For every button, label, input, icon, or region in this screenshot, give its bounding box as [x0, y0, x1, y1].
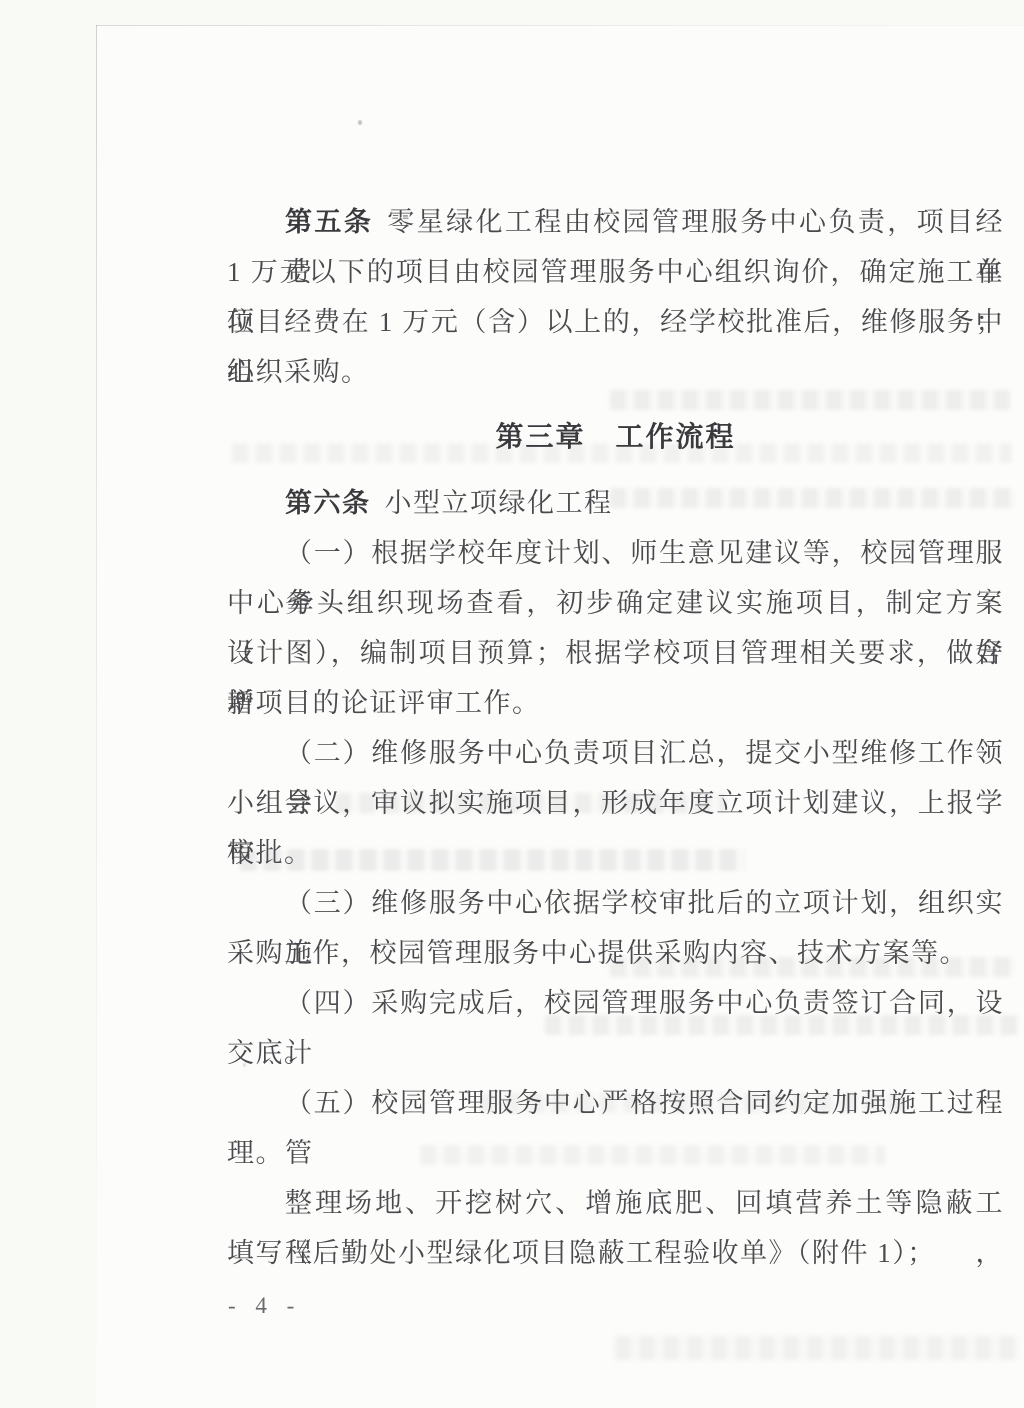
scanned-document-page: 第五条零星绿化工程由校园管理服务中心负责，项目经费在1 万元以下的项目由校园管理… [0, 0, 1024, 1408]
paper-left-edge [96, 25, 97, 1408]
bleed-through-ghost [615, 1336, 1020, 1360]
text-line: （一）根据学校年度计划、师生意见建议等，校园管理服务 [227, 528, 1004, 578]
text-line: 理。 [227, 1128, 1004, 1178]
text-line: 第六条小型立项绿化工程 [227, 478, 1004, 528]
text-line: 填写《后勤处小型绿化项目隐蔽工程验收单》（附件 1）； [227, 1228, 1004, 1278]
article-number-bold: 第六条 [285, 488, 371, 518]
text-line: 整理场地、开挖树穴、增施底肥、回填营养土等隐蔽工程， [227, 1178, 1004, 1228]
text-line: （二）维修服务中心负责项目汇总，提交小型维修工作领导 [227, 728, 1004, 778]
text-line: 小组会议，审议拟实施项目，形成年度立项计划建议，上报学校 [227, 778, 1004, 828]
text-line: （五）校园管理服务中心严格按照合同约定加强施工过程管 [227, 1078, 1004, 1128]
text-line: （三）维修服务中心依据学校审批后的立项计划，组织实施 [227, 878, 1004, 928]
text-line: （四）采购完成后，校园管理服务中心负责签订合同，设计 [227, 978, 1004, 1028]
text-line: 审批。 [227, 828, 1004, 878]
scan-speck [358, 120, 362, 125]
document-text-block: 第五条零星绿化工程由校园管理服务中心负责，项目经费在1 万元以下的项目由校园管理… [227, 197, 1004, 1278]
text-line: 组织采购。 [227, 347, 1004, 397]
text-line: 第五条零星绿化工程由校园管理服务中心负责，项目经费在 [227, 197, 1004, 247]
text-line: 1 万元以下的项目由校园管理服务中心组织询价，确定施工单位； [227, 247, 1004, 297]
page-number: - 4 - [228, 1293, 301, 1319]
text-line: 项目经费在 1 万元（含）以上的，经学校批准后，维修服务中心 [227, 297, 1004, 347]
chapter-heading: 第三章 工作流程 [227, 413, 1004, 463]
text-line: 中心牵头组织现场查看，初步确定建议实施项目，制定方案（含 [227, 578, 1004, 628]
article-number-bold: 第五条 [285, 207, 373, 237]
text-line: 采购工作，校园管理服务中心提供采购内容、技术方案等。 [227, 928, 1004, 978]
text-line: 增项目的论证评审工作。 [227, 678, 1004, 728]
text-line: 设计图），编制项目预算；根据学校项目管理相关要求，做好新 [227, 628, 1004, 678]
text-line: 交底。 [227, 1028, 1004, 1078]
paper-top-edge [96, 25, 1024, 26]
